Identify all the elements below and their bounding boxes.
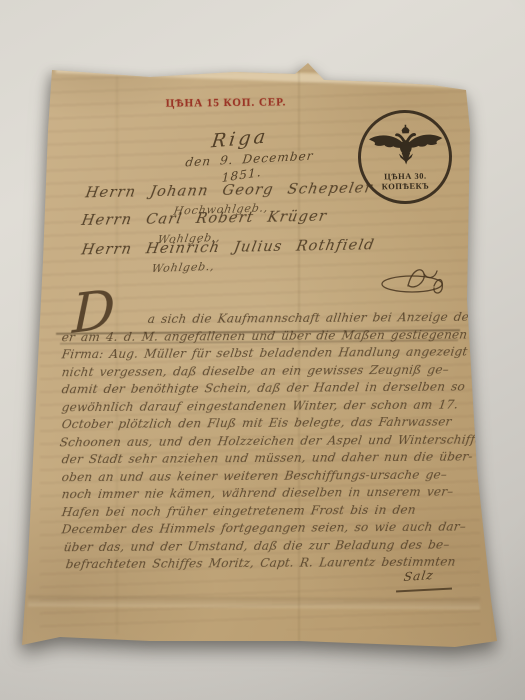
body-line: befrachteten Schiffes Moritz, Capt. R. L… xyxy=(65,555,457,572)
body-line: über das, und der Umstand, daß die zur B… xyxy=(63,538,451,555)
body-line: noch immer nie kämen, während dieselben … xyxy=(61,485,454,502)
body-line: oben an und aus keiner weiteren Beschiff… xyxy=(61,468,448,485)
body-line: damit der benöthigte Schein, daß der Han… xyxy=(61,380,466,397)
body-line: nicht vergessen, daß dieselbe an ein gew… xyxy=(61,363,450,380)
recipient-honorific: Wohlgeb., xyxy=(151,260,216,275)
body-line: der Stadt sehr anziehen und müssen, und … xyxy=(61,450,474,467)
seal-price-line2: КОПѢЕКЪ xyxy=(361,180,449,192)
body-line: Hafen bei noch früher eingetretenem Fros… xyxy=(61,503,417,519)
letter-paper: ЦѢНА 15 КОП. СЕР. ЦѢНА 30. xyxy=(0,0,525,700)
paper-sheet: ЦѢНА 15 КОП. СЕР. ЦѢНА 30. xyxy=(0,0,525,700)
body-line: October plötzlich den Fluß mit Eis beleg… xyxy=(61,415,453,432)
body-line: Schoonen aus, und den Holzzeichen der As… xyxy=(59,433,483,450)
price-stamp-imprint: ЦѢНА 15 КОП. СЕР. xyxy=(158,96,294,109)
photo-of-document: ЦѢНА 15 КОП. СЕР. ЦѢНА 30. xyxy=(0,0,525,700)
signature-paraph-icon xyxy=(378,264,450,298)
body-line: a sich die Kaufmannschaft allhier bei An… xyxy=(147,310,476,326)
body-line: December des Himmels fortgegangen seien,… xyxy=(61,520,467,537)
body-line: Firma: Aug. Müller für selbst beladenden… xyxy=(61,345,469,362)
catchword: Salz xyxy=(403,568,435,584)
body-line: gewöhnlich darauf eingestandenen Winter,… xyxy=(61,398,459,415)
body-line: er am 4. d. M. angefallenen und über die… xyxy=(61,328,468,345)
double-headed-eagle-icon xyxy=(366,122,445,167)
